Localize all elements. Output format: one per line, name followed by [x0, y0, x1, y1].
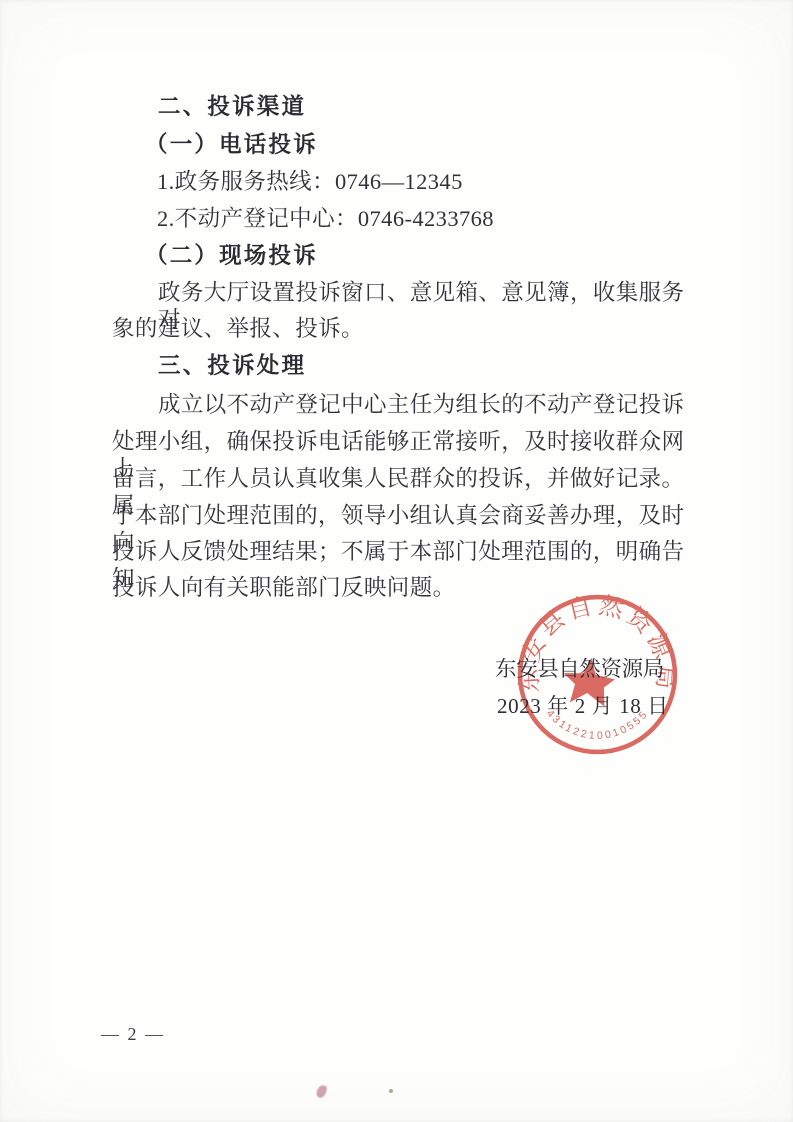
doc-line-hotline: 1.政务服务热线：0746—12345 [157, 168, 463, 195]
subsection-heading-onsite-complaints: （二）现场投诉 [145, 242, 318, 269]
subsection-heading-phone-complaints: （一）电话投诉 [145, 131, 318, 158]
page-number: — 2 — [101, 1024, 165, 1045]
section-heading-complaint-channels: 二、投诉渠道 [158, 93, 306, 120]
scan-smudge [315, 1084, 328, 1099]
doc-line: 成立以不动产登记中心主任为组长的不动产登记投诉 [158, 391, 684, 418]
signature-date: 2023 年 2 月 18 日 [497, 690, 669, 720]
signature-organization: 东安县自然资源局 [495, 652, 664, 683]
document-page: 二、投诉渠道 （一）电话投诉 1.政务服务热线：0746—12345 2.不动产… [0, 0, 793, 1122]
scan-dot [389, 1089, 393, 1093]
section-heading-complaint-handling: 三、投诉处理 [158, 352, 306, 379]
doc-line: 象的建议、举报、投诉。 [112, 315, 364, 342]
doc-line: 投诉人向有关职能部门反映问题。 [112, 574, 456, 601]
doc-line-registration-center-phone: 2.不动产登记中心：0746-4233768 [157, 205, 494, 232]
